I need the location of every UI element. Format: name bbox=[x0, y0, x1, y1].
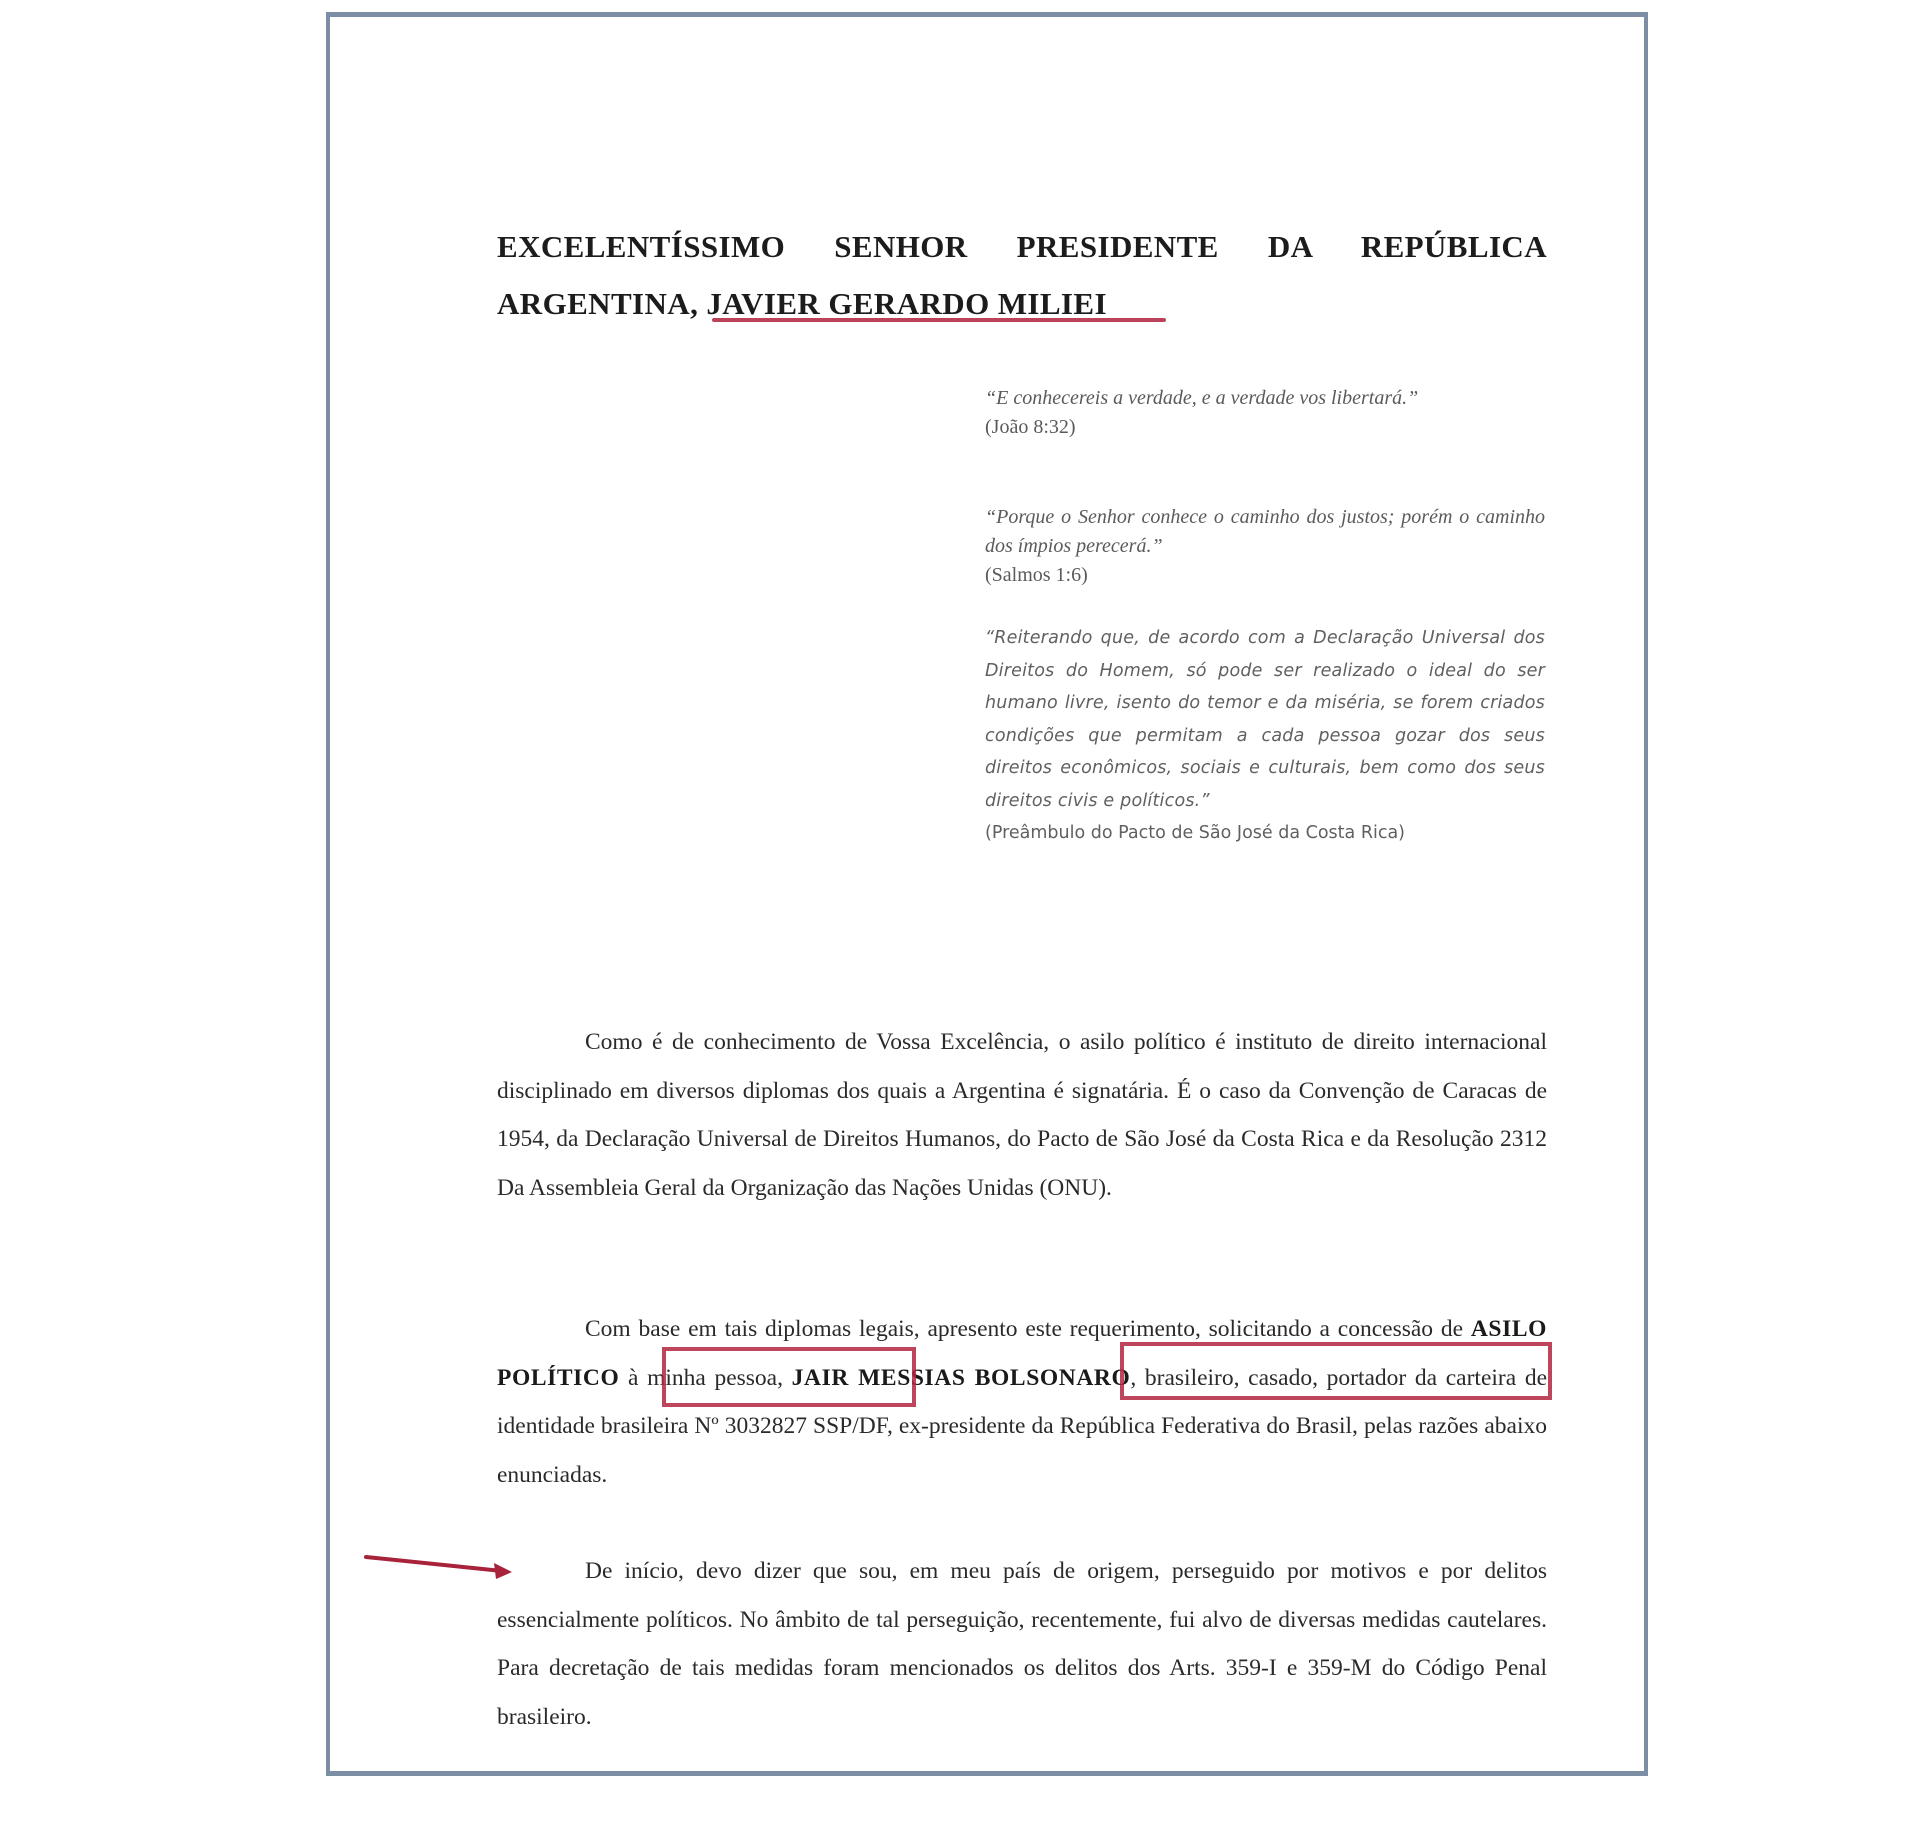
heading-country: ARGENTINA, bbox=[497, 286, 698, 321]
epigraph-quote: “E conhecereis a verdade, e a verdade vo… bbox=[985, 384, 1545, 413]
epigraph-john: “E conhecereis a verdade, e a verdade vo… bbox=[985, 384, 1545, 442]
epigraph-psalms: “Porque o Senhor conhece o caminho dos j… bbox=[985, 503, 1545, 590]
epigraph-quote: “Reiterando que, de acordo com a Declara… bbox=[985, 622, 1545, 817]
epigraph-source: (Preâmbulo do Pacto de São José da Costa… bbox=[985, 817, 1545, 850]
epigraph-pact: “Reiterando que, de acordo com a Declara… bbox=[985, 622, 1545, 850]
document-heading: EXCELENTÍSSIMO SENHOR PRESIDENTE DA REPÚ… bbox=[497, 218, 1547, 332]
paragraph-persecution: De início, devo dizer que sou, em meu pa… bbox=[497, 1547, 1547, 1741]
paragraph-asylum-request: Com base em tais diplomas legais, aprese… bbox=[497, 1305, 1547, 1499]
paragraph-text: Com base em tais diplomas legais, aprese… bbox=[585, 1316, 1463, 1342]
addressee-underline-annotation bbox=[712, 318, 1166, 322]
red-arrow-icon bbox=[362, 1548, 518, 1582]
annotation-box-requester-name bbox=[1120, 1342, 1552, 1400]
paragraph-asylum-context: Como é de conhecimento de Vossa Excelênc… bbox=[497, 1018, 1547, 1212]
paragraph-text: De início, devo dizer que sou, em meu pa… bbox=[497, 1558, 1547, 1730]
annotation-box-asilo-politico bbox=[662, 1347, 916, 1407]
epigraph-source: (Salmos 1:6) bbox=[985, 561, 1545, 590]
epigraph-source: (João 8:32) bbox=[985, 413, 1545, 442]
heading-line-1: EXCELENTÍSSIMO SENHOR PRESIDENTE DA REPÚ… bbox=[497, 218, 1547, 275]
epigraph-quote: “Porque o Senhor conhece o caminho dos j… bbox=[985, 503, 1545, 561]
paragraph-text: Como é de conhecimento de Vossa Excelênc… bbox=[497, 1029, 1547, 1201]
heading-line-2: ARGENTINA, JAVIER GERARDO MILIEI bbox=[497, 275, 1547, 332]
heading-addressee: JAVIER GERARDO MILIEI bbox=[706, 286, 1107, 321]
